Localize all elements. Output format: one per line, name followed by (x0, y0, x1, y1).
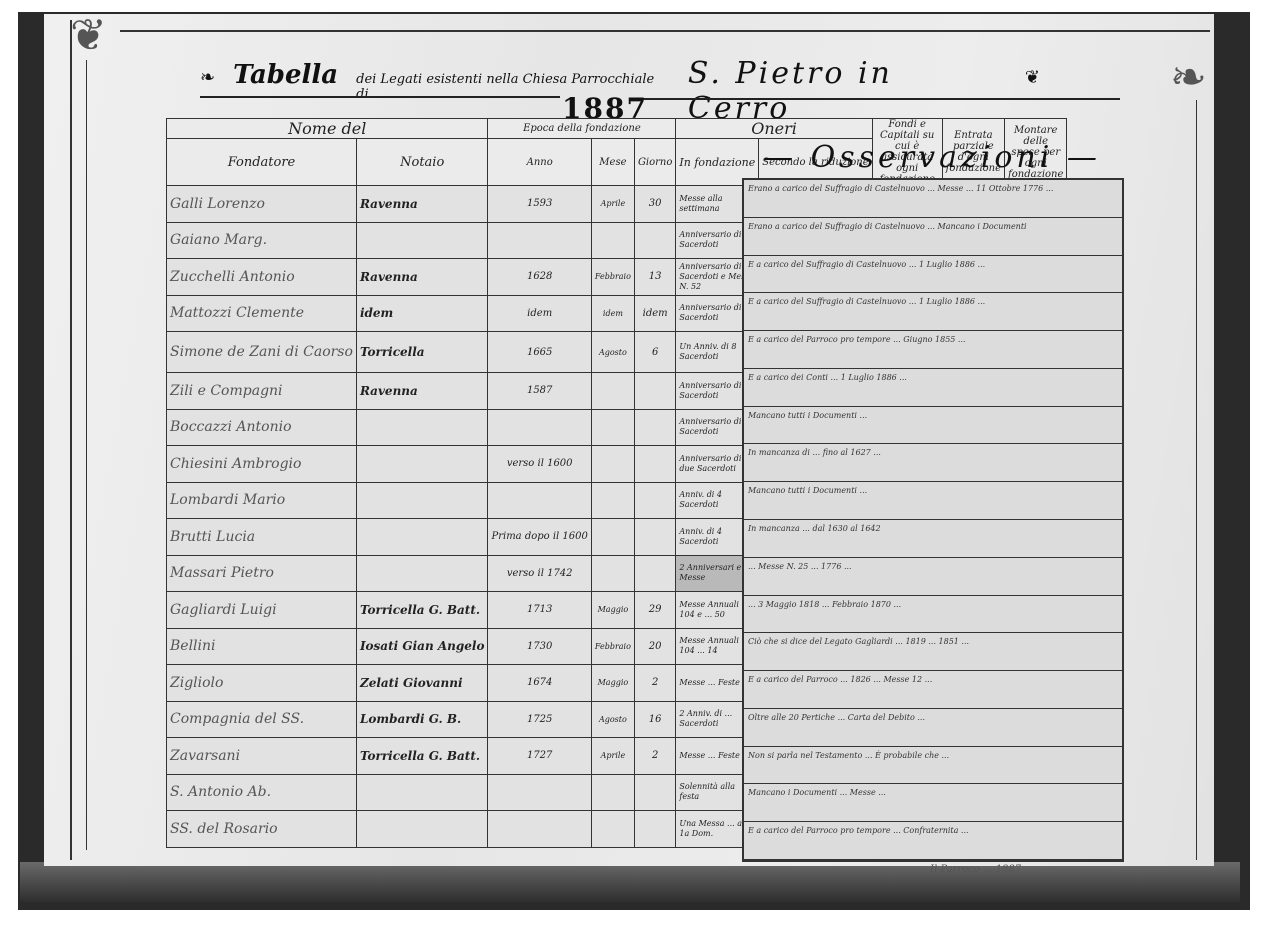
observations-title: Osservazioni (811, 140, 1054, 175)
observation-entry: ... 3 Maggio 1818 ... Febbraio 1870 ... (744, 596, 1122, 634)
cell-fondatore: S. Antonio Ab. (167, 774, 357, 811)
cell-mese (591, 811, 634, 848)
cell-giorno (634, 222, 675, 259)
cell-fondatore: Gagliardi Luigi (167, 592, 357, 629)
cell-notaio: Lombardi G. B. (356, 701, 488, 738)
cell-anno: 1727 (488, 738, 591, 775)
cell-mese (591, 482, 634, 519)
observation-entry: Ciò che si dice del Legato Gagliardi ...… (744, 633, 1122, 671)
cell-mese (591, 222, 634, 259)
cell-notaio (356, 774, 488, 811)
cell-notaio: Iosati Gian Angelo (356, 628, 488, 665)
cell-fondatore: Zigliolo (167, 665, 357, 702)
cell-anno: 1713 (488, 592, 591, 629)
header-mese: Mese (591, 139, 634, 186)
header-notaio: Notaio (356, 139, 488, 186)
title-rule (640, 98, 1120, 100)
observation-entry: E a carico del Parroco ... 1826 ... Mess… (744, 671, 1122, 709)
header-nome-del: Nome del (167, 119, 488, 139)
cell-giorno: 16 (634, 701, 675, 738)
left-border-line (70, 20, 72, 860)
cell-mese (591, 446, 634, 483)
cell-giorno (634, 555, 675, 592)
cell-anno: 1730 (488, 628, 591, 665)
cell-anno (488, 774, 591, 811)
cell-mese (591, 373, 634, 410)
cell-notaio (356, 811, 488, 848)
cell-giorno (634, 482, 675, 519)
observation-entry: E a carico del Parroco pro tempore ... C… (744, 822, 1122, 860)
cell-anno: verso il 1742 (488, 555, 591, 592)
flourish-icon: ❦ (1025, 67, 1040, 88)
cell-fondatore: Boccazzi Antonio (167, 409, 357, 446)
cell-fondatore: Massari Pietro (167, 555, 357, 592)
corner-ornament-icon: ❦ (70, 14, 107, 58)
cell-giorno: 30 (634, 186, 675, 223)
cell-giorno: 2 (634, 665, 675, 702)
cell-giorno (634, 774, 675, 811)
top-border-line (120, 30, 1210, 32)
cell-notaio: idem (356, 295, 488, 332)
cell-mese (591, 555, 634, 592)
cell-anno (488, 222, 591, 259)
observations-header: — Osservazioni — (742, 140, 1122, 174)
cell-notaio (356, 482, 488, 519)
cell-anno: 1725 (488, 701, 591, 738)
corner-ornament-icon: ❧ (1170, 56, 1207, 100)
cell-fondatore: Chiesini Ambrogio (167, 446, 357, 483)
cell-giorno (634, 811, 675, 848)
cell-mese (591, 409, 634, 446)
observation-entry: Oltre alle 20 Pertiche ... Carta del Deb… (744, 709, 1122, 747)
observation-entry: Erano a carico del Suffragio di Castelnu… (744, 218, 1122, 256)
cell-fondatore: Bellini (167, 628, 357, 665)
cell-anno (488, 409, 591, 446)
cell-fondatore: Zucchelli Antonio (167, 259, 357, 296)
observation-entry: E a carico del Suffragio di Castelnuovo … (744, 256, 1122, 294)
cell-anno: idem (488, 295, 591, 332)
cell-giorno: idem (634, 295, 675, 332)
cell-mese (591, 519, 634, 556)
cell-fondatore: Lombardi Mario (167, 482, 357, 519)
header-epoca: Epoca della fondazione (488, 119, 676, 139)
right-border-line (1196, 100, 1197, 860)
cell-giorno: 20 (634, 628, 675, 665)
cell-giorno: 2 (634, 738, 675, 775)
cell-notaio: Torricella (356, 332, 488, 373)
cell-fondatore: Galli Lorenzo (167, 186, 357, 223)
cell-mese: Febbraio (591, 628, 634, 665)
cell-mese: Agosto (591, 332, 634, 373)
cell-notaio: Ravenna (356, 259, 488, 296)
cell-notaio (356, 555, 488, 592)
observation-entry: Mancano tutti i Documenti ... (744, 407, 1122, 445)
cell-mese: Maggio (591, 592, 634, 629)
cell-giorno: 29 (634, 592, 675, 629)
cell-anno: 1674 (488, 665, 591, 702)
flourish-icon: ❧ (200, 67, 215, 88)
cell-mese (591, 774, 634, 811)
cell-anno (488, 482, 591, 519)
cell-notaio: Ravenna (356, 373, 488, 410)
cell-fondatore: Zili e Compagni (167, 373, 357, 410)
header-fondatore: Fondatore (167, 139, 357, 186)
cell-mese: Aprile (591, 738, 634, 775)
cell-fondatore: Simone de Zani di Caorso (167, 332, 357, 373)
title-rule (200, 96, 560, 98)
observation-entry: Erano a carico del Suffragio di Castelnu… (744, 180, 1122, 218)
observations-column: Erano a carico del Suffragio di Castelnu… (742, 178, 1124, 862)
signature: Il Parroco ... 1887 (930, 864, 1021, 875)
document-photo: ❦ ❧ ❧ Tabella dei Legati esistenti nella… (0, 0, 1265, 932)
cell-mese: Aprile (591, 186, 634, 223)
cell-notaio (356, 446, 488, 483)
cell-notaio: Ravenna (356, 186, 488, 223)
cell-notaio: Torricella G. Batt. (356, 592, 488, 629)
title-main: Tabella (233, 60, 338, 90)
cell-fondatore: Compagnia del SS. (167, 701, 357, 738)
cell-anno (488, 811, 591, 848)
observation-entry: E a carico del Parroco pro tempore ... G… (744, 331, 1122, 369)
cell-mese: Agosto (591, 701, 634, 738)
observation-entry: Mancano tutti i Documenti ... (744, 482, 1122, 520)
cell-fondatore: Gaiano Marg. (167, 222, 357, 259)
left-border-line-inner (86, 60, 87, 850)
cell-notaio (356, 222, 488, 259)
cell-giorno (634, 373, 675, 410)
observation-entry: E a carico dei Conti ... 1 Luglio 1886 .… (744, 369, 1122, 407)
observation-entry: E a carico del Suffragio di Castelnuovo … (744, 293, 1122, 331)
cell-anno: verso il 1600 (488, 446, 591, 483)
observation-entry: Mancano i Documenti ... Messe ... (744, 784, 1122, 822)
header-giorno: Giorno (634, 139, 675, 186)
observation-entry: In mancanza ... dal 1630 al 1642 (744, 520, 1122, 558)
cell-notaio: Torricella G. Batt. (356, 738, 488, 775)
header-anno: Anno (488, 139, 591, 186)
cell-mese: Maggio (591, 665, 634, 702)
frame-bottom-ledge (20, 862, 1240, 902)
observation-entry: In mancanza di ... fino al 1627 ... (744, 444, 1122, 482)
cell-fondatore: Mattozzi Clemente (167, 295, 357, 332)
observation-entry: Non si parla nel Testamento ... È probab… (744, 747, 1122, 785)
cell-mese: Febbraio (591, 259, 634, 296)
cell-notaio (356, 519, 488, 556)
document-title: ❧ Tabella dei Legati esistenti nella Chi… (200, 56, 1040, 92)
cell-giorno: 6 (634, 332, 675, 373)
cell-anno: 1628 (488, 259, 591, 296)
cell-giorno (634, 519, 675, 556)
cell-giorno: 13 (634, 259, 675, 296)
cell-anno: 1665 (488, 332, 591, 373)
cell-giorno (634, 446, 675, 483)
observation-entry: ... Messe N. 25 ... 1776 ... (744, 558, 1122, 596)
cell-fondatore: SS. del Rosario (167, 811, 357, 848)
cell-anno: 1593 (488, 186, 591, 223)
cell-notaio (356, 409, 488, 446)
cell-anno: 1587 (488, 373, 591, 410)
cell-mese: idem (591, 295, 634, 332)
header-oneri: Oneri (676, 119, 872, 139)
cell-fondatore: Zavarsani (167, 738, 357, 775)
cell-anno: Prima dopo il 1600 (488, 519, 591, 556)
cell-giorno (634, 409, 675, 446)
cell-notaio: Zelati Giovanni (356, 665, 488, 702)
title-place: S. Pietro in Cerro (688, 56, 1007, 126)
cell-fondatore: Brutti Lucia (167, 519, 357, 556)
